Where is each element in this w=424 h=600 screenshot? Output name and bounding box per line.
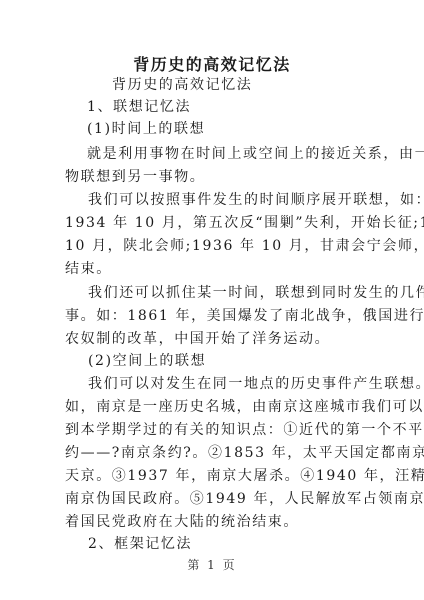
text-line: 1、联想记忆法 — [87, 98, 191, 116]
text-line: 到本学期学过的有关的知识点：①近代的第一个不平等条 — [65, 421, 424, 439]
document-page: 背历史的高效记忆法 背历史的高效记忆法1、联想记忆法(1)时间上的联想就是利用事… — [0, 0, 424, 600]
document-title: 背历史的高效记忆法 — [0, 52, 424, 75]
text-line: 我们可以对发生在同一地点的历史事件产生联想。例 — [88, 375, 424, 393]
text-line: 背历史的高效记忆法 — [112, 76, 252, 94]
text-line: 着国民党政府在大陆的统治结束。 — [65, 513, 299, 531]
page-number: 第 1 页 — [0, 556, 424, 573]
text-line: 就是利用事物在时间上或空间上的接近关系，由一事 — [87, 145, 424, 163]
text-line: 我们可以按照事件发生的时间顺序展开联想，如： — [88, 191, 424, 209]
text-line: 南京伪国民政府。⑤1949 年，人民解放军占领南京，标志 — [65, 490, 424, 508]
text-line: 事。如：1861 年，美国爆发了南北战争，俄国进行了废除 — [65, 307, 424, 325]
text-line: 结束。 — [65, 260, 112, 278]
text-line: (1)时间上的联想 — [87, 120, 205, 138]
text-line: (2)空间上的联想 — [88, 352, 206, 370]
text-line: 天京。③1937 年，南京大屠杀。④1940 年，汪精卫成立了 — [65, 467, 424, 485]
text-line: 2、框架记忆法 — [88, 535, 192, 553]
text-line: 物联想到另一事物。 — [65, 168, 205, 186]
text-line: 我们还可以抓住某一时间，联想到同时发生的几件大 — [88, 284, 424, 302]
text-line: 约——?南京条约?。②1853 年，太平天国定都南京，改称 — [65, 444, 424, 462]
text-line: 1934 年 10 月，第五次反“围剿”失利，开始长征;1935 年 — [65, 214, 424, 232]
text-line: 农奴制的改革，中国开始了洋务运动。 — [65, 330, 330, 348]
text-line: 10 月，陕北会师;1936 年 10 月，甘肃会宁会师，宣告长征 — [65, 237, 424, 255]
text-line: 如，南京是一座历史名城，由南京这座城市我们可以联想 — [65, 398, 424, 416]
